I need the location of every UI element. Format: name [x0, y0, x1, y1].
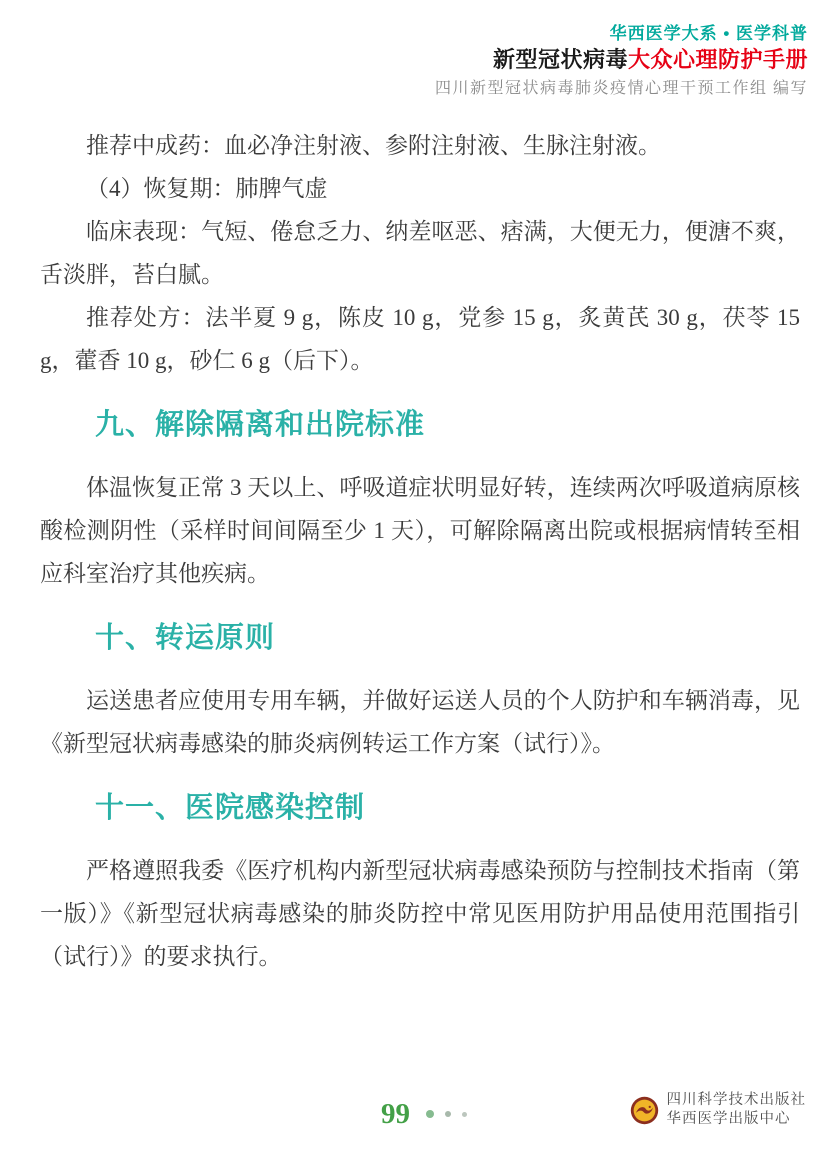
book-page: 华西医学大系 • 医学科普 新型冠状病毒大众心理防护手册 四川新型冠状病毒肺炎疫…: [0, 0, 839, 1162]
publisher-line-1: 四川科学技术出版社: [667, 1091, 807, 1110]
footer-dots: [426, 1110, 467, 1118]
section-heading-11: 十一、医院感染控制: [95, 789, 800, 827]
page-header: 华西医学大系 • 医学科普 新型冠状病毒大众心理防护手册 四川新型冠状病毒肺炎疫…: [435, 22, 808, 102]
publisher-swirl-logo-icon: [630, 1096, 659, 1125]
section-heading-9: 九、解除隔离和出院标准: [95, 406, 800, 444]
page-number: 99: [381, 1099, 410, 1129]
body-paragraph: 推荐处方：法半夏 9 g，陈皮 10 g，党参 15 g，炙黄芪 30 g，茯苓…: [40, 296, 800, 382]
section-heading-10: 十、转运原则: [95, 619, 800, 657]
body-paragraph: 运送患者应使用专用车辆，并做好运送人员的个人防护和车辆消毒，见《新型冠状病毒感染…: [40, 679, 800, 765]
footer-pagination: 99: [381, 1099, 467, 1129]
book-title: 新型冠状病毒大众心理防护手册: [435, 46, 808, 74]
publisher-line-2: 华西医学出版中心: [667, 1110, 807, 1129]
dot-icon: [426, 1110, 434, 1118]
body-paragraph: 严格遵照我委《医疗机构内新型冠状病毒感染预防与控制技术指南（第一版）》《新型冠状…: [40, 849, 800, 978]
series-label: 华西医学大系 • 医学科普: [435, 22, 808, 46]
body-paragraph: （4）恢复期：肺脾气虚: [40, 167, 800, 210]
publisher-name: 四川科学技术出版社 华西医学出版中心: [667, 1091, 807, 1129]
byline: 四川新型冠状病毒肺炎疫情心理干预工作组 编写: [435, 76, 808, 102]
page-content: 推荐中成药：血必净注射液、参附注射液、生脉注射液。 （4）恢复期：肺脾气虚 临床…: [40, 124, 800, 978]
book-title-main: 新型冠状病毒: [493, 47, 628, 72]
book-title-accent: 大众心理防护手册: [628, 47, 808, 72]
dot-icon: [462, 1112, 467, 1117]
publisher-block: 四川科学技术出版社 华西医学出版中心: [630, 1091, 807, 1129]
body-paragraph: 临床表现：气短、倦怠乏力、纳差呕恶、痞满，大便无力，便溏不爽，舌淡胖，苔白腻。: [40, 210, 800, 296]
body-paragraph: 推荐中成药：血必净注射液、参附注射液、生脉注射液。: [40, 124, 800, 167]
dot-icon: [445, 1111, 451, 1117]
body-paragraph: 体温恢复正常 3 天以上、呼吸道症状明显好转，连续两次呼吸道病原核酸检测阴性（采…: [40, 466, 800, 595]
